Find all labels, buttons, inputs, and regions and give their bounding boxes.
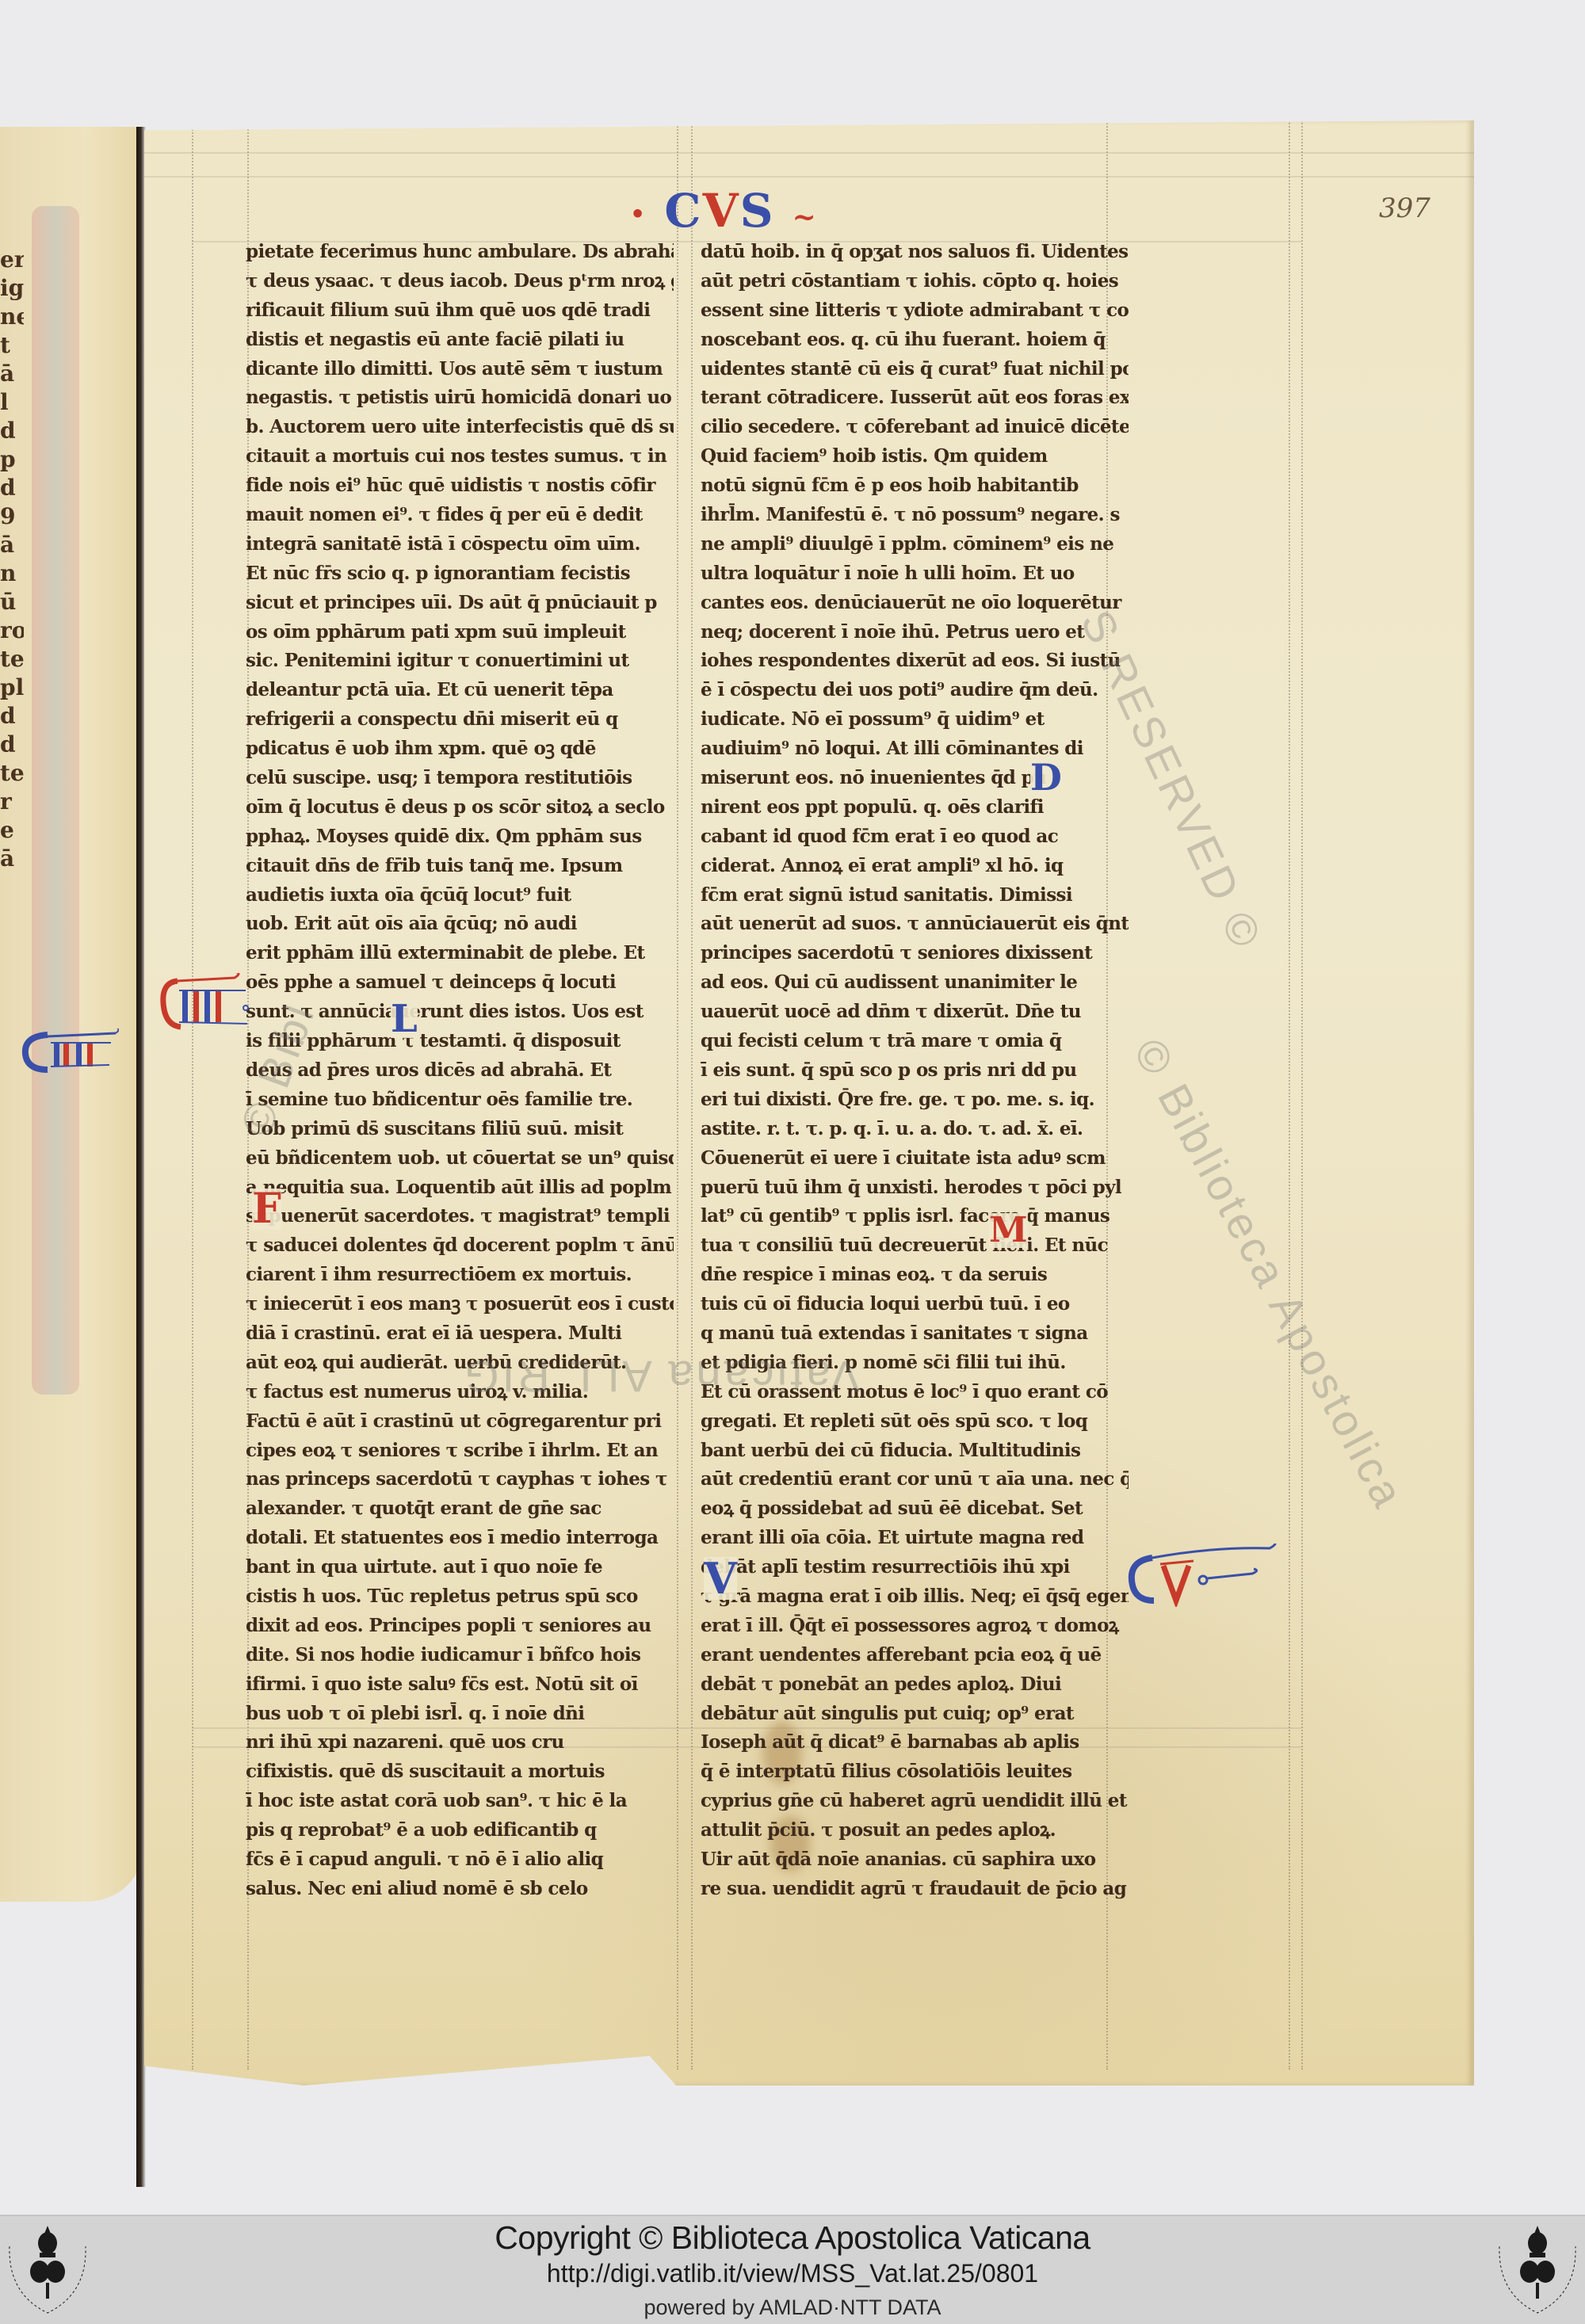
manuscript-line: miserunt eos. nō inuenientes q̄d pu	[701, 764, 1129, 793]
initial-m: M	[989, 1213, 1028, 1248]
manuscript-line: terant cōtradicere. Iusserūt aūt eos for…	[701, 384, 1129, 413]
manuscript-line: sicut et principes uīi. Ds aūt q̄ pnūcia…	[246, 589, 674, 618]
manuscript-line: mauit nomen ei⁹. τ fides q̄ per eū ē ded…	[246, 501, 674, 530]
manuscript-line: debāt aplī testim resurrectiōis ihū xpi	[701, 1553, 1129, 1582]
manuscript-line: oēs pphe a samuel τ deinceps q̄ locuti	[246, 968, 674, 998]
manuscript-line: rificauit filium suū ihm quē uos qdē tra…	[246, 296, 674, 326]
manuscript-line: lat⁹ cū gentib⁹ τ pplis isrl. facere q̄ …	[701, 1202, 1129, 1231]
manuscript-line: ne ampli⁹ diuulgē ī pplm. cōminem⁹ eis n…	[701, 530, 1129, 559]
manuscript-line: ē ī cōspectu dei uos poti⁹ audire q̄m de…	[701, 676, 1129, 705]
ruling-line	[144, 176, 1474, 177]
manuscript-line: fc̄s ē ī capud anguli. τ nō ē ī alio ali…	[246, 1845, 674, 1875]
manuscript-line: salus. Nec eni aliud nomē ē sb celo	[246, 1875, 674, 1904]
manuscript-line: cipes eoꝝ τ seniores τ scribe ī ihrlm. E…	[246, 1437, 674, 1466]
manuscript-line: τ iniecerūt ī eos manꝫ τ posuerūt eos ī …	[246, 1290, 674, 1319]
initial-l: L	[391, 1000, 418, 1038]
manuscript-line: bant in qua uirtute. aut ī quo noīe fe	[246, 1553, 674, 1582]
manuscript-line: pdicatus ē uob ihm xpm. quē oꝫ qdē	[246, 735, 674, 764]
manuscript-line: astite. r. t. τ. p. q. ī. u. a. do. τ. a…	[701, 1115, 1129, 1144]
manuscript-line: pietate fecerimus hunc ambulare. Ds abra…	[246, 238, 674, 267]
manuscript-line: eri tui dixisti. Q̄re fre. ge. τ po. me.…	[701, 1086, 1129, 1115]
manuscript-line: noscebant eos. q. cū ihu fuerant. hoiem …	[701, 326, 1129, 355]
ruling-line	[1301, 120, 1303, 2070]
manuscript-line: cantes eos. denūciauerūt ne oīo loquerēt…	[701, 589, 1129, 618]
manuscript-line: ī semine tuo bñdicentur oēs familie tre.	[246, 1086, 674, 1115]
ruling-line	[691, 120, 693, 2070]
manuscript-line: debāt τ ponebāt an pedes aploꝝ. Diui	[701, 1670, 1129, 1700]
manuscript-line: gregati. Et repleti sūt oēs spū sco. τ l…	[701, 1407, 1129, 1437]
manuscript-line: distis et negastis eū ante faciē pilati …	[246, 326, 674, 355]
manuscript-line: q̄ ē interptatū filius cōsolatiōis leuit…	[701, 1757, 1129, 1787]
watermark-vaticana: Vaticana ALL RIG	[461, 1351, 860, 1402]
manuscript-line: pis q reprobat⁹ ē a uob edificantib q	[246, 1816, 674, 1845]
manuscript-line: neq; docerent ī noīe ihū. Petrus uero et	[701, 618, 1129, 647]
manuscript-line: bus uob τ oī plebi isrl̄. q. ī noīe dn̄i	[246, 1700, 674, 1729]
manuscript-line: celū suscipe. usq; ī tempora restitutiōi…	[246, 764, 674, 793]
manuscript-line: audiuim⁹ nō loqui. At illi cōminantes di	[701, 735, 1129, 764]
manuscript-line: supuenerūt sacerdotes. τ magistrat⁹ temp…	[246, 1202, 674, 1231]
manuscript-line: ī eis sunt. q̄ spū sco p os pris nri dd …	[701, 1056, 1129, 1086]
text-column-b: datū hoib. in q̄ opʒat nos saluos fi. Ui…	[701, 238, 1129, 1904]
manuscript-line: erat ī ill. Q̄q̄t eī possessores agroꝝ τ…	[701, 1612, 1129, 1641]
manuscript-line: tuis cū oī fiducia loqui uerbū tuū. ī eo	[701, 1290, 1129, 1319]
manuscript-line: debātur aūt singulis put cuiq; op⁹ erat	[701, 1700, 1129, 1729]
manuscript-line: bant uerbū dei cū fiducia. Multitudinis	[701, 1437, 1129, 1466]
manuscript-line: dotali. Et statuentes eos ī medio interr…	[246, 1524, 674, 1553]
text-column-a: pietate fecerimus hunc ambulare. Ds abra…	[246, 238, 674, 1904]
manuscript-line: aūt uenerūt ad suos. τ annūciauerūt eis …	[701, 910, 1129, 939]
manuscript-line: uidentes stantē cū eis q̄ curat⁹ fuat ni…	[701, 355, 1129, 384]
manuscript-line: os oīm pphārum pati xpm suū impleuit	[246, 618, 674, 647]
manuscript-line: Ioseph aūt q̄ dicat⁹ ē barnabas ab aplis	[701, 1728, 1129, 1757]
manuscript-line: Cōuenerūt eī uere ī ciuitate ista aduꝰ s…	[701, 1144, 1129, 1173]
manuscript-line: ihrl̄m. Manifestū ē. τ nō possum⁹ negare…	[701, 501, 1129, 530]
manuscript-line: aūt credentiū erant cor unū τ aīa una. n…	[701, 1465, 1129, 1494]
manuscript-line: uob. Erit aūt oīs aīa q̄cūq; nō audi	[246, 910, 674, 939]
manuscript-line: ciarent ī ihm resurrectiōem ex mortuis.	[246, 1261, 674, 1290]
manuscript-line: erant illi oīa cōia. Et uirtute magna re…	[701, 1524, 1129, 1553]
manuscript-line: dixit ad eos. Principes popli τ seniores…	[246, 1612, 674, 1641]
manuscript-line: fide nois ei⁹ hūc quē uidistis τ nostis …	[246, 471, 674, 501]
manuscript-line: τ deus ysaac. τ deus iacob. Deus pᵗrm nr…	[246, 267, 674, 296]
manuscript-line: puerū tuū ihm q̄ unxisti. herodes τ pōci…	[701, 1173, 1129, 1203]
initial-v: V	[704, 1557, 737, 1600]
ruling-line	[144, 152, 1474, 154]
manuscript-line: dicante illo dimitti. Uos autē sēm τ ius…	[246, 355, 674, 384]
manuscript-line: deus ad p̄res uros dicēs ad abrahā. Et	[246, 1056, 674, 1086]
manuscript-line: iudicate. Nō eī possum⁹ q̄ uidim⁹ et	[701, 705, 1129, 735]
manuscript-line: Quid faciem⁹ hoib istis. Qm quidem	[701, 442, 1129, 471]
manuscript-line: ī hoc iste astat corā uob san⁹. τ hic ē …	[246, 1787, 674, 1816]
manuscript-line: fc̄m erat signū istud sanitatis. Dimissi	[701, 881, 1129, 910]
manuscript-line: ultra loquātur ī noīe h ulli hoīm. Et uo	[701, 559, 1129, 589]
manuscript-line: notū signū fc̄m ē p eos hoib habitantib	[701, 471, 1129, 501]
manuscript-line: tua τ consiliū tuū decreuerūt fieri. Et …	[701, 1231, 1129, 1261]
copyright-text: Copyright © Biblioteca Apostolica Vatica…	[0, 2219, 1585, 2257]
running-head: • CVS ~	[630, 184, 818, 239]
manuscript-line: citauit dn̄s de fr̄ib tuis tanq̄ me. Ips…	[246, 852, 674, 881]
manuscript-line: diā ī crastinū. erat eī iā uespera. Mult…	[246, 1319, 674, 1349]
manuscript-line: audietis iuxta oīa q̄cūq̄ locut⁹ fuit	[246, 881, 674, 910]
manuscript-line: pphaꝝ. Moyses quidē dix. Qm pphām sus	[246, 822, 674, 852]
manuscript-line: Uir aūt q̄dā noīe ananias. cū saphira ux…	[701, 1845, 1129, 1875]
manuscript-line: essent sine litteris τ ydiote admirabant…	[701, 296, 1129, 326]
manuscript-line: a nequitia sua. Loquentib aūt illis ad p…	[246, 1173, 674, 1203]
manuscript-line: re sua. uendidit agrū τ fraudauit de p̄c…	[701, 1875, 1129, 1904]
manuscript-line: negastis. τ petistis uirū homicidā donar…	[246, 384, 674, 413]
manuscript-line: datū hoib. in q̄ opʒat nos saluos fi. Ui…	[701, 238, 1129, 267]
manuscript-line: refrigerii a conspectu dn̄i miserit eū q	[246, 705, 674, 735]
chapter-mark-v	[1125, 1544, 1284, 1607]
manuscript-line: uauerūt uocē ad dn̄m τ dixerūt. Dn̄e tu	[701, 998, 1129, 1027]
manuscript-line: citauit a mortuis cui nos testes sumus. …	[246, 442, 674, 471]
manuscript-line: attulit p̄ciū. τ posuit an pedes aploꝝ.	[701, 1816, 1129, 1845]
previous-page-edge: er ig ne t ā l d p d 9 ā n ū ro te pli d…	[0, 127, 141, 1902]
manuscript-line: nirent eos ppt populū. q. oēs clarifi	[701, 793, 1129, 822]
manuscript-line: b. Auctorem uero uite interfecistis quē …	[246, 413, 674, 442]
manuscript-line: erant uendentes afferebant pcia eoꝝ q̄ u…	[701, 1641, 1129, 1670]
manuscript-line: deleantur pctā uīa. Et cū uenerit tēpa	[246, 676, 674, 705]
manuscript-line: dite. Si nos hodie iudicamur ī bñfco hoi…	[246, 1641, 674, 1670]
vatican-library-seal-icon	[1490, 2223, 1585, 2321]
manuscript-line: nas princeps sacerdotū τ cayphas τ iohes…	[246, 1465, 674, 1494]
previous-page-chapter-mark	[16, 1028, 119, 1076]
manuscript-line: τ saducei dolentes q̄d docerent poplm τ …	[246, 1231, 674, 1261]
manuscript-line: cifixistis. quē ds̄ suscitauit a mortuis	[246, 1757, 674, 1787]
initial-f: F	[252, 1189, 281, 1230]
manuscript-line: sic. Penitemini igitur τ conuertimini ut	[246, 647, 674, 676]
chapter-mark-iiii	[158, 973, 254, 1035]
manuscript-line: Uob primū ds̄ suscitans filiū suū. misit	[246, 1115, 674, 1144]
powered-by-text: powered by AMLAD·NTT DATA	[0, 2295, 1585, 2320]
manuscript-line: Et nūc fr̄s scio q. p ignorantiam fecist…	[246, 559, 674, 589]
manuscript-line: eoꝝ q̄ possidebat ad suū ēē dicebat. Set	[701, 1494, 1129, 1524]
manuscript-line: iohes respondentes dixerūt ad eos. Si iu…	[701, 647, 1129, 676]
permalink-url[interactable]: http://digi.vatlib.it/view/MSS_Vat.lat.2…	[0, 2259, 1585, 2288]
manuscript-line: Factū ē aūt ī crastinū ut cōgregarentur …	[246, 1407, 674, 1437]
manuscript-line: nri ihū xpi nazareni. quē uos cru	[246, 1728, 674, 1757]
manuscript-line: erit pphām illū exterminabit de plebe. E…	[246, 939, 674, 968]
manuscript-line: eū bñdicentem uob. ut cōuertat se un⁹ qu…	[246, 1144, 674, 1173]
show-through-initial	[32, 206, 79, 1395]
manuscript-line: cabant id quod fc̄m erat ī eo quod ac	[701, 822, 1129, 852]
manuscript-line: cistis h uos. Tūc repletus petrus spū sc…	[246, 1582, 674, 1612]
ruling-line	[677, 120, 678, 2070]
ruling-line	[1289, 120, 1290, 2070]
manuscript-line: τ grā magna erat ī oib illis. Neq; eī q̄…	[701, 1582, 1129, 1612]
initial-d: D	[1030, 759, 1062, 796]
manuscript-line: integrā sanitatē istā ī cōspectu oīm uīm…	[246, 530, 674, 559]
manuscript-line: cilio secedere. τ cōferebant ad inuicē d…	[701, 413, 1129, 442]
manuscript-line: q manū tuā extendas ī sanitates τ signa	[701, 1319, 1129, 1349]
manuscript-line: ciderat. Annoꝝ eī erat ampli⁹ xl hō. iq	[701, 852, 1129, 881]
manuscript-line: ad eos. Qui cū audissent unanimiter le	[701, 968, 1129, 998]
manuscript-line: principes sacerdotū τ seniores dixissent	[701, 939, 1129, 968]
manuscript-line: ifirmi. ī quo iste saluꝰ fc̄s est. Notū …	[246, 1670, 674, 1700]
copyright-footer: Copyright © Biblioteca Apostolica Vatica…	[0, 2215, 1585, 2324]
manuscript-line: dn̄e respice ī minas eoꝝ. τ da seruis	[701, 1261, 1129, 1290]
previous-page-text-edge: er ig ne t ā l d p d 9 ā n ū ro te pli d…	[0, 246, 24, 1474]
manuscript-line: cyprius gn̄e cū haberet agrū uendidit il…	[701, 1787, 1129, 1816]
folio-number: 397	[1379, 193, 1430, 224]
manuscript-line: alexander. τ quotq̄t erant de gn̄e sac	[246, 1494, 674, 1524]
manuscript-line: aūt petri cōstantiam τ iohis. cōpto q. h…	[701, 267, 1129, 296]
ruling-line	[192, 120, 193, 2070]
manuscript-line: oīm q̄ locutus ē deus p os scōr sitoꝝ a …	[246, 793, 674, 822]
manuscript-line: qui fecisti celum τ trā mare τ omia q̄	[701, 1027, 1129, 1056]
